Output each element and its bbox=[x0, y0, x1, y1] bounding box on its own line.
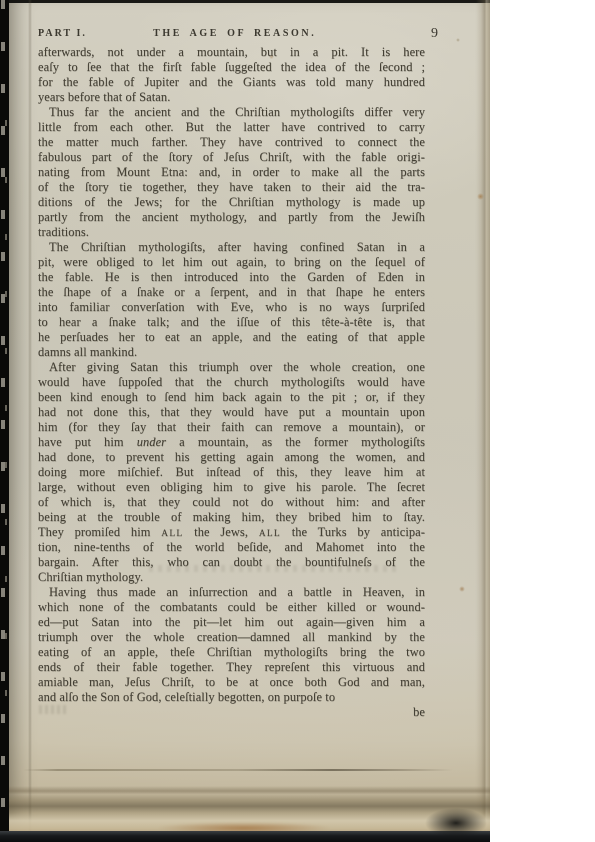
foxing-spot bbox=[477, 193, 484, 200]
text-line: partly from the ancient mythology, and p… bbox=[38, 210, 425, 225]
text-line: which none of the combatants could be ei… bbox=[38, 600, 425, 615]
text-line: tion, nine-tenths of the world beſide, a… bbox=[38, 540, 425, 555]
header-part-label: PART I. bbox=[38, 28, 87, 39]
gutter-fold-shadow bbox=[28, 0, 32, 842]
paper-crease bbox=[23, 769, 453, 771]
text-line: little from each other. But the latter h… bbox=[38, 120, 425, 135]
text-line: years before that of Satan. bbox=[38, 90, 425, 105]
ink-bleedthrough bbox=[39, 705, 67, 714]
book-gutter-edge bbox=[0, 0, 9, 842]
foxing-spot bbox=[459, 586, 465, 592]
text-line: nating from Mount Etna: and, in order to… bbox=[38, 165, 425, 180]
ink-bleedthrough bbox=[149, 565, 399, 572]
text-line: traditions. bbox=[38, 225, 425, 240]
text-line: ends of their fable together. They repre… bbox=[38, 660, 425, 675]
body-lines: afterwards, not under a mountain, but in… bbox=[38, 45, 425, 705]
text-line: being at the trouble of making him, they… bbox=[38, 510, 425, 525]
text-line: ed—put Satan into the pit—let him out ag… bbox=[38, 615, 425, 630]
text-line: After giving Satan this triumph over the… bbox=[38, 360, 425, 375]
text-line: have put him under a mountain, as the fo… bbox=[38, 435, 425, 450]
text-line: and alſo the Son of God, celeſtially beg… bbox=[38, 690, 425, 705]
text-line: for the fable of Jupiter and the Giants … bbox=[38, 75, 425, 90]
text-line: would have ſuppoſed that the church myth… bbox=[38, 375, 425, 390]
text-line: afterwards, not under a mountain, but in… bbox=[38, 45, 425, 60]
text-line: been kind enough to ſend him back again … bbox=[38, 390, 425, 405]
catchword: be bbox=[38, 705, 425, 720]
text-line: The Chriſtian mythologiſts, after having… bbox=[38, 240, 425, 255]
text-line: had done, to prevent his getting again a… bbox=[38, 450, 425, 465]
foxing-spot bbox=[269, 55, 274, 59]
scan-bottom-shadow-bar bbox=[0, 831, 490, 842]
text-line: damns all mankind. bbox=[38, 345, 425, 360]
page-paper: PART I. THE AGE OF REASON. 9 afterwards,… bbox=[9, 0, 490, 842]
text-line: doing more miſchief. But inſtead of this… bbox=[38, 465, 425, 480]
header-title: THE AGE OF REASON. bbox=[153, 28, 316, 39]
text-line: of the ſtory tie together, they have tak… bbox=[38, 180, 425, 195]
text-line: triumph over the whole creation—damned a… bbox=[38, 630, 425, 645]
text-line: the matter much farther. They have contr… bbox=[38, 135, 425, 150]
text-line: They promiſed him ALL the Jews, ALL the … bbox=[38, 525, 425, 540]
text-line: to hear a ſnake talk; and the iſſue of t… bbox=[38, 315, 425, 330]
text-line: ditions of the Jews; for the Chriſtian m… bbox=[38, 195, 425, 210]
gutter-paper-specks bbox=[5, 120, 7, 720]
text-line: Thus far the ancient and the Chriſtian m… bbox=[38, 105, 425, 120]
text-line: Chriſtian mythology. bbox=[38, 570, 425, 585]
text-line: pit, were obliged to let him out again, … bbox=[38, 255, 425, 270]
text-line: into familiar converſation with Eve, who… bbox=[38, 300, 425, 315]
text-line: the ſhape of a ſnake or a ſerpent, and i… bbox=[38, 285, 425, 300]
text-line: he perſuades her to eat an apple, and th… bbox=[38, 330, 425, 345]
page-number: 9 bbox=[431, 26, 438, 42]
text-line: large, without even obliging him to give… bbox=[38, 480, 425, 495]
scan-corner-shadow bbox=[425, 808, 487, 838]
scanned-book-page: PART I. THE AGE OF REASON. 9 afterwards,… bbox=[0, 0, 595, 842]
body-text: afterwards, not under a mountain, but in… bbox=[38, 45, 425, 720]
text-line: him (for they ſay that their faith can r… bbox=[38, 420, 425, 435]
foxing-spot bbox=[456, 38, 460, 42]
text-line: had not done this, that they would have … bbox=[38, 405, 425, 420]
text-line: of which is, that they could not do with… bbox=[38, 495, 425, 510]
page-right-edge bbox=[476, 0, 490, 842]
running-header: PART I. THE AGE OF REASON. 9 bbox=[38, 26, 438, 42]
text-line: eaſy to ſee that the firſt fable ſuggeſt… bbox=[38, 60, 425, 75]
text-line: amiable man, Jeſus Chriſt, to be at once… bbox=[38, 675, 425, 690]
text-line: the fable. He is then introduced into th… bbox=[38, 270, 425, 285]
text-line: Having thus made an inſurrection and a b… bbox=[38, 585, 425, 600]
text-line: fabulous part of the ſtory of Jeſus Chri… bbox=[38, 150, 425, 165]
text-line: eating of an apple, theſe Chriſtian myth… bbox=[38, 645, 425, 660]
